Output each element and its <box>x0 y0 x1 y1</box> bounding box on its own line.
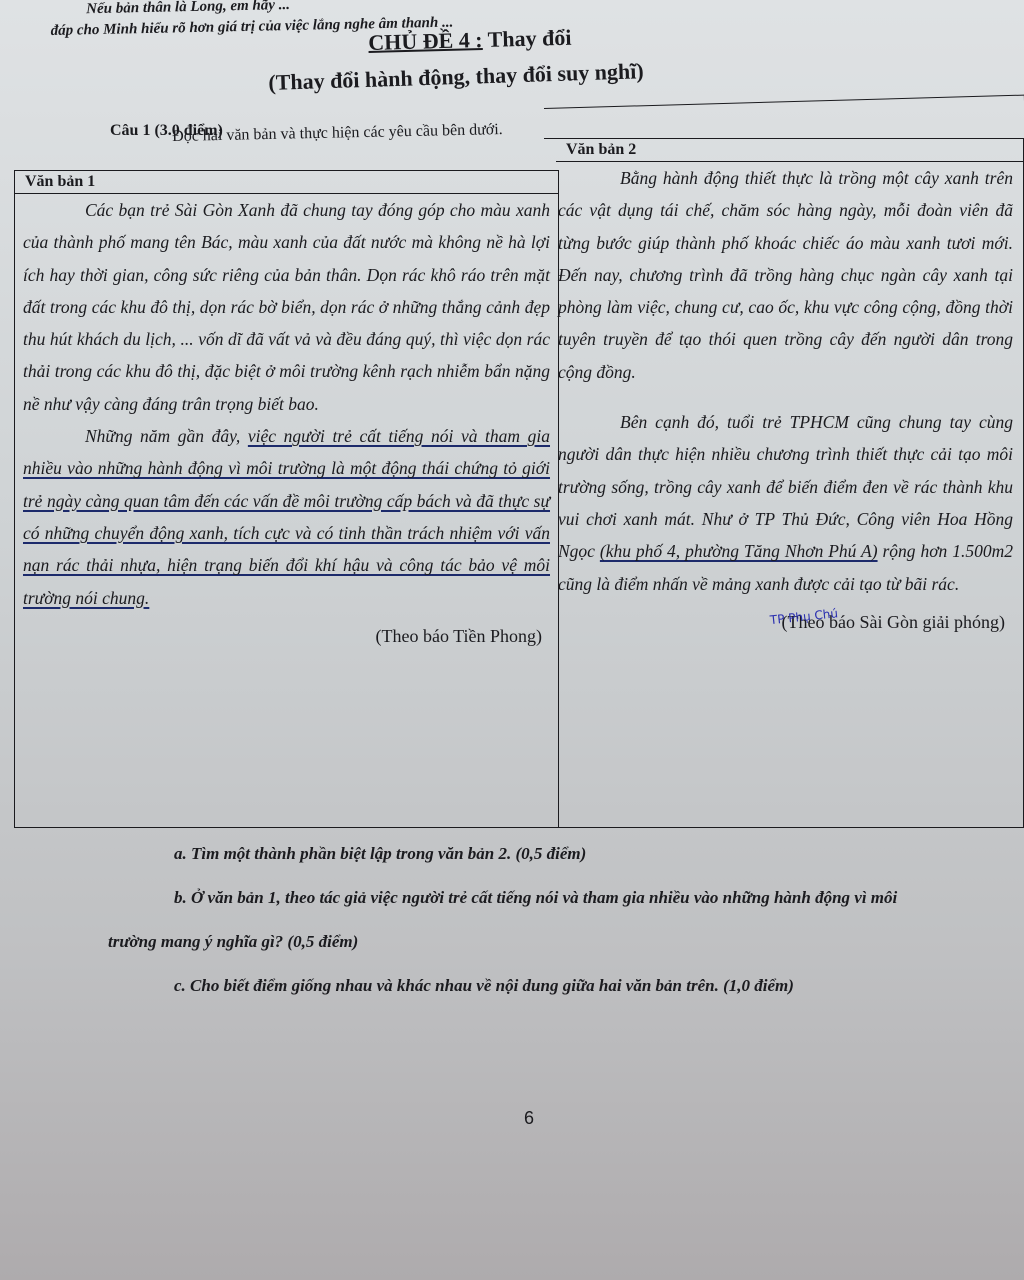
topic-label: CHỦ ĐỀ 4 : <box>368 27 483 55</box>
text-1-source: (Theo báo Tiền Phong) <box>23 620 550 652</box>
task-b: b. Ở văn bản 1, theo tác giả việc người … <box>108 876 948 964</box>
text-1-paragraph-2: Những năm gần đây, việc người trẻ cất ti… <box>23 420 550 614</box>
text-1-body: Các bạn trẻ Sài Gòn Xanh đã chung tay đó… <box>15 194 558 652</box>
topic-heading: CHỦ ĐỀ 4 : Thay đổi <box>368 25 572 56</box>
table-top-frame <box>544 95 1024 139</box>
text-1-paragraph-2-lead: Những năm gần đây, <box>85 426 240 446</box>
exam-page: Nếu bản thân là Long, em hãy ... đáp cho… <box>0 0 1024 1280</box>
text-2-paragraph-1: Bằng hành động thiết thực là trồng một c… <box>558 162 1013 388</box>
task-list: a. Tìm một thành phần biệt lập trong văn… <box>108 832 948 1008</box>
text-1-cell: Văn bản 1 Các bạn trẻ Sài Gòn Xanh đã ch… <box>14 170 559 828</box>
text-2-cell: Văn bản 2 Bằng hành động thiết thực là t… <box>544 138 1024 828</box>
text-2-paragraph-2: Bên cạnh đó, tuổi trẻ TPHCM cũng chung t… <box>558 406 1013 600</box>
task-a: a. Tìm một thành phần biệt lập trong văn… <box>108 832 948 876</box>
text-2-underlined-phrase: (khu phố 4, phường Tăng Nhơn Phú A) <box>600 541 878 561</box>
page-number: 6 <box>524 1108 534 1129</box>
topic-title: Thay đổi <box>487 25 571 52</box>
text-1-paragraph-1: Các bạn trẻ Sài Gòn Xanh đã chung tay đó… <box>23 194 550 420</box>
text-2-heading: Văn bản 2 <box>556 139 1023 162</box>
topic-subtitle: (Thay đổi hành động, thay đổi suy nghĩ) <box>268 58 644 96</box>
reading-texts-table: Văn bản 1 Các bạn trẻ Sài Gòn Xanh đã ch… <box>14 148 1014 828</box>
text-1-heading: Văn bản 1 <box>15 171 558 194</box>
text-1-underlined-passage: việc người trẻ cất tiếng nói và tham gia… <box>23 426 550 607</box>
text-2-body: Bằng hành động thiết thực là trồng một c… <box>544 162 1023 638</box>
text-2-paragraph-2-lead: Bên cạnh đó, tuổi trẻ TPHCM cũng chung t… <box>558 412 1013 561</box>
task-c: c. Cho biết điểm giống nhau và khác nhau… <box>108 964 948 1008</box>
